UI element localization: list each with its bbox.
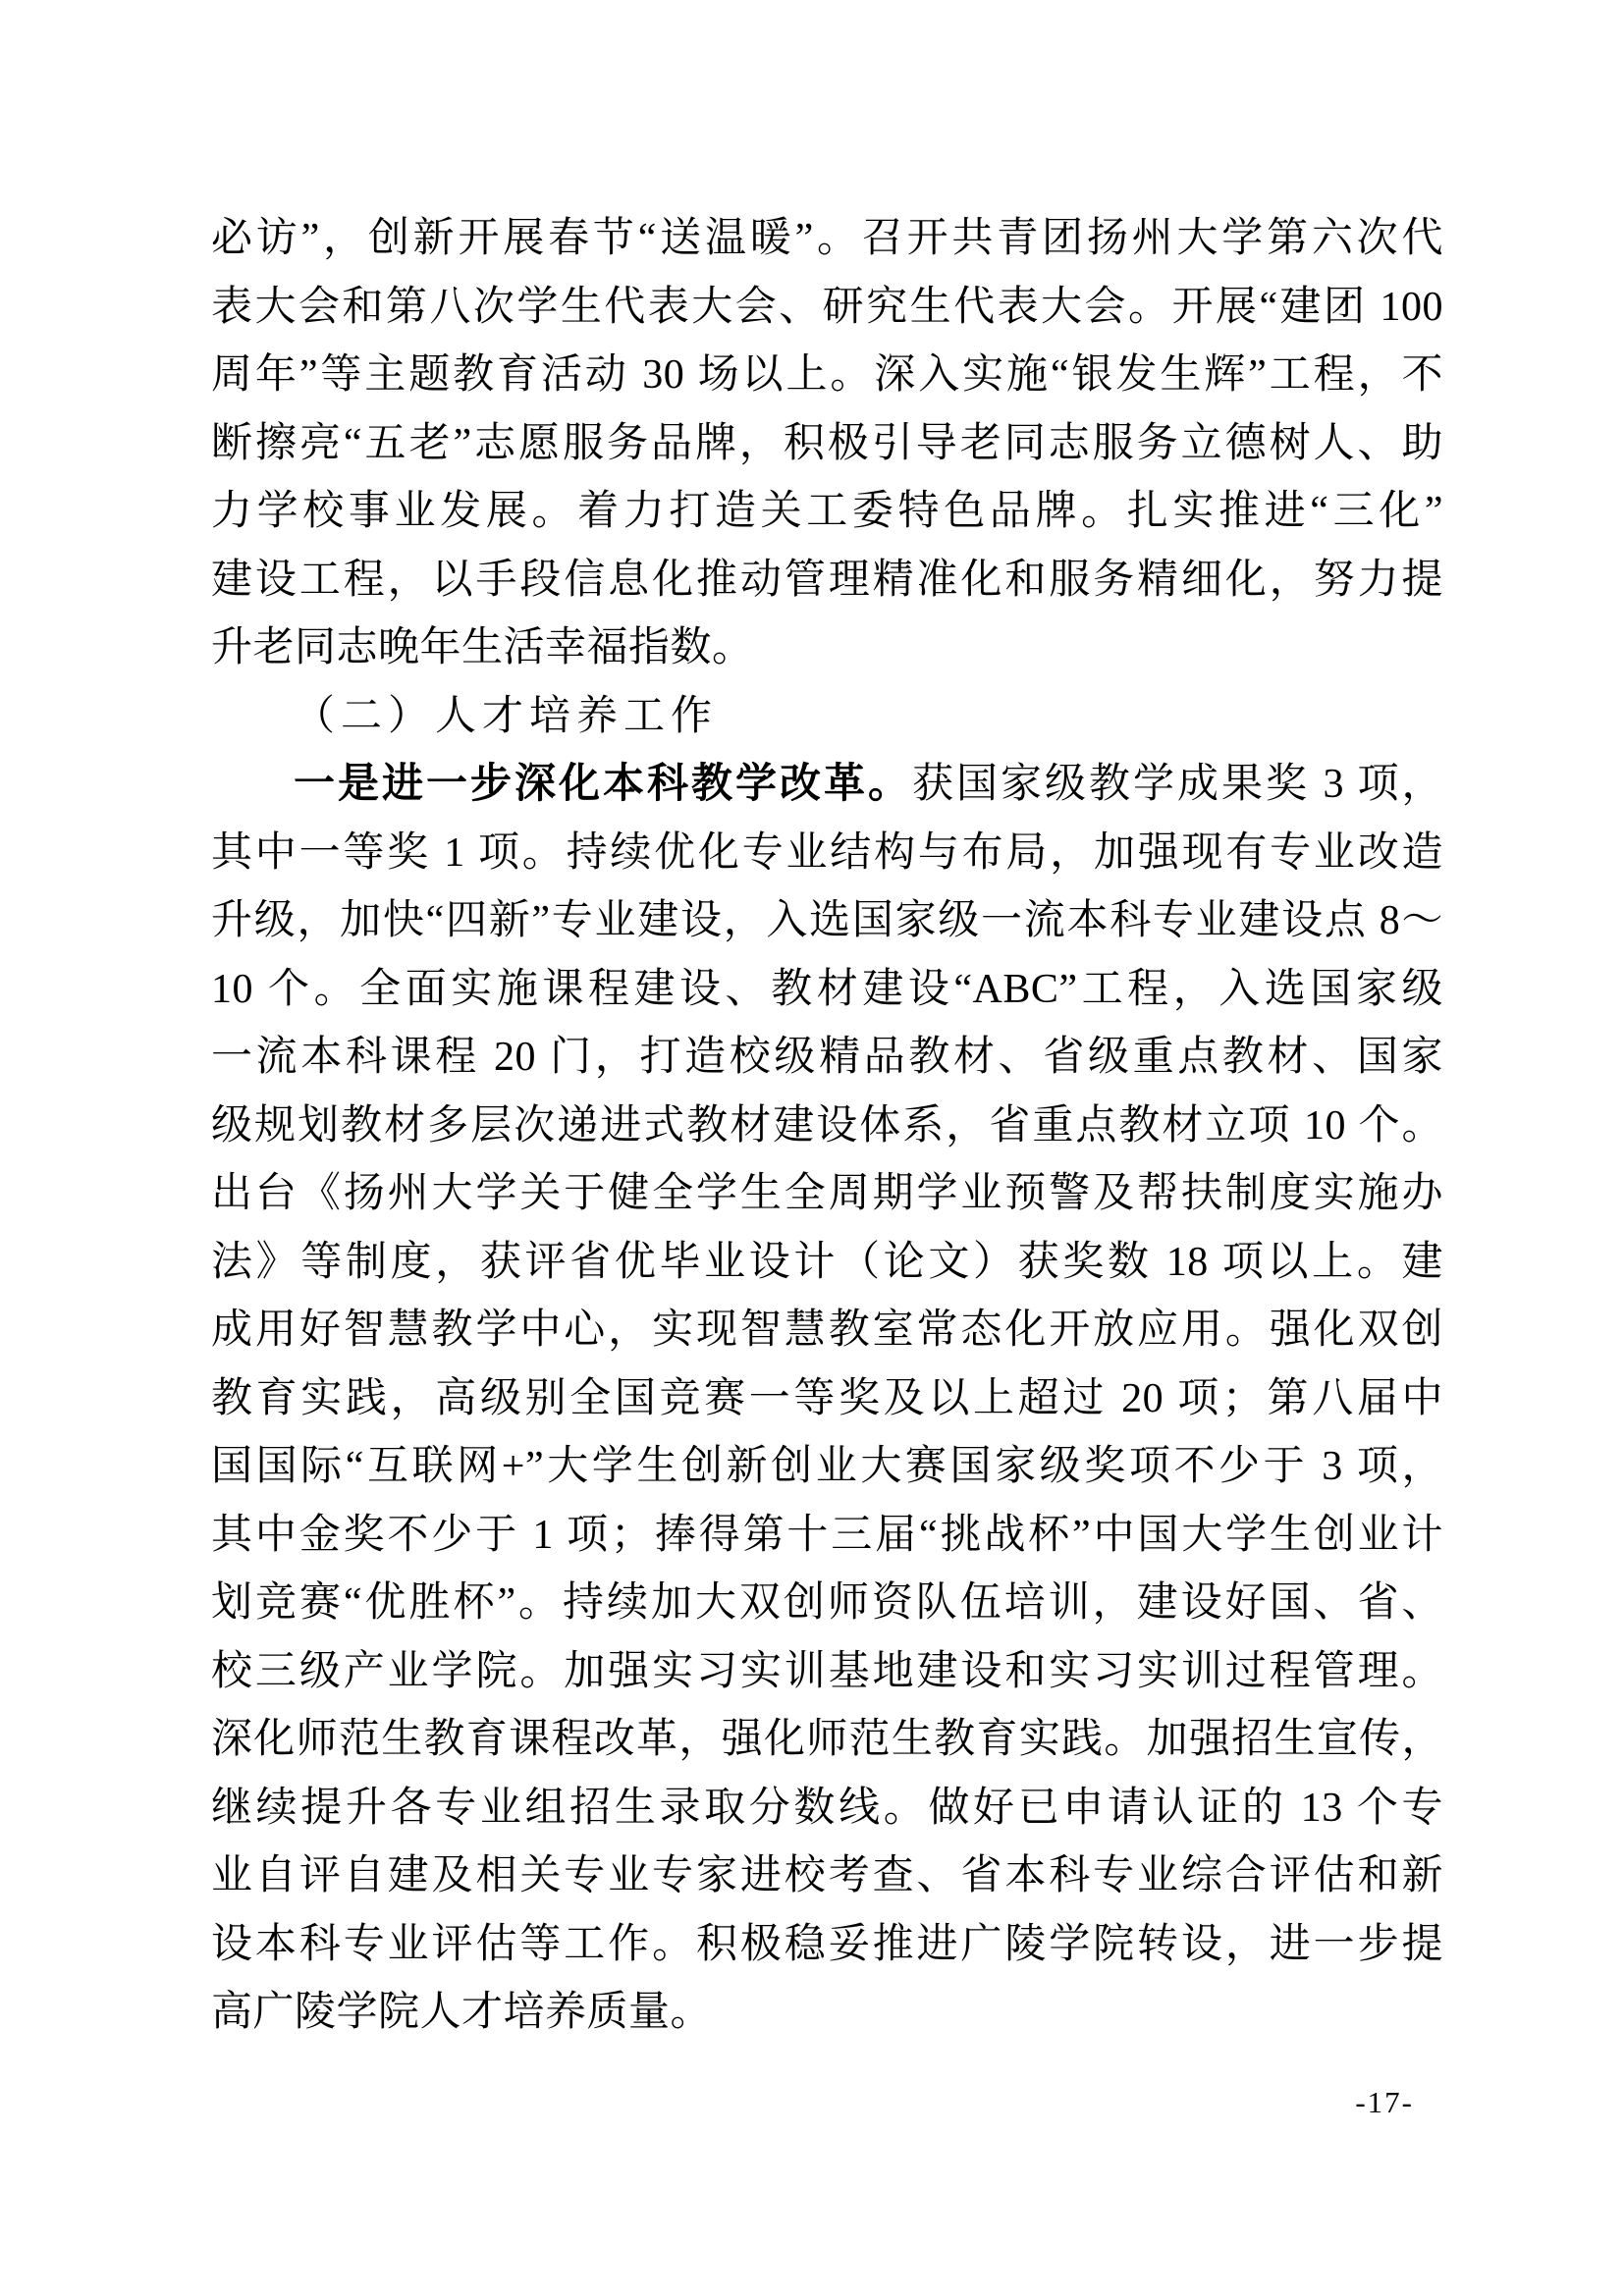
text-line: 国国际“互联网+”大学生创新创业大赛国家级奖项不少于 3 项， [211,1433,1443,1502]
text-segment: 成用好智慧教学中心，实现智慧教室常态化开放应用。强化双创 [211,1308,1443,1353]
page-number: -17- [1355,2083,1414,2122]
text-line: 法》等制度，获评省优毕业设计（论文）获奖数 18 项以上。建 [211,1229,1443,1298]
text-segment: 教育实践，高级别全国竞赛一等奖及以上超过 20 项；第八届中 [211,1376,1443,1421]
text-line: 建设工程，以手段信息化推动管理精准化和服务精细化，努力提 [211,547,1443,615]
text-line: 一是进一步深化本科教学改革。获国家级教学成果奖 3 项， [211,751,1443,820]
text-segment: 升级，加快“四新”专业建设，入选国家级一流本科专业建设点 8～ [211,898,1443,943]
text-line: 升老同志晚年生活幸福指数。 [211,614,1443,683]
text-line: 继续提升各专业组招生录取分数线。做好已申请认证的 13 个专 [211,1775,1443,1843]
text-segment: 法》等制度，获评省优毕业设计（论文）获奖数 18 项以上。建 [211,1240,1443,1285]
text-segment: 业自评自建及相关专业专家进校考查、省本科专业综合评估和新 [211,1853,1443,1898]
text-line: 表大会和第八次学生代表大会、研究生代表大会。开展“建团 100 [211,274,1443,343]
text-line: 一流本科课程 20 门，打造校级精品教材、省级重点教材、国家 [211,1024,1443,1093]
text-segment: 划竞赛“优胜杯”。持续加大双创师资队伍培训，建设好国、省、 [211,1580,1443,1626]
text-segment: 表大会和第八次学生代表大会、研究生代表大会。开展“建团 100 [211,285,1443,330]
text-segment: 其中一等奖 1 项。持续优化专业结构与布局，加强现有专业改造 [211,830,1443,876]
text-line: 深化师范生教育课程改革，强化师范生教育实践。加强招生宣传， [211,1706,1443,1775]
text-segment: 国国际“互联网+”大学生创新创业大赛国家级奖项不少于 3 项， [211,1444,1443,1489]
text-segment: 升老同志晚年生活幸福指数。 [211,625,754,670]
text-segment: 其中金奖不少于 1 项；捧得第十三届“挑战杯”中国大学生创业计 [211,1513,1443,1558]
text-segment: 建设工程，以手段信息化推动管理精准化和服务精细化，努力提 [211,558,1443,603]
text-line: 高广陵学院人才培养质量。 [211,1979,1443,2048]
text-line: 级规划教材多层次递进式教材建设体系，省重点教材立项 10 个。 [211,1093,1443,1161]
text-segment: 必访”，创新开展春节“送温暖”。召开共青团扬州大学第六次代 [211,216,1443,261]
section-heading: （二）人才培养工作 [211,683,1443,752]
text-line: 10 个。全面实施课程建设、教材建设“ABC”工程，入选国家级 [211,956,1443,1025]
text-segment: 级规划教材多层次递进式教材建设体系，省重点教材立项 10 个。 [211,1103,1443,1148]
text-line: 出台《扬州大学关于健全学生全周期学业预警及帮扶制度实施办 [211,1160,1443,1229]
bold-lead-phrase: 一是进一步深化本科教学改革。 [294,762,912,807]
text-segment: 校三级产业学院。加强实习实训基地建设和实习实训过程管理。 [211,1649,1443,1694]
text-line: 设本科专业评估等工作。积极稳妥推进广陵学院转设，进一步提 [211,1911,1443,1980]
text-segment: （二）人才培养工作 [294,694,718,739]
text-line: 业自评自建及相关专业专家进校考查、省本科专业综合评估和新 [211,1842,1443,1911]
text-line: 断擦亮“五老”志愿服务品牌，积极引导老同志服务立德树人、助 [211,410,1443,479]
text-line: 其中一等奖 1 项。持续优化专业结构与布局，加强现有专业改造 [211,820,1443,888]
text-line: 划竞赛“优胜杯”。持续加大双创师资队伍培训，建设好国、省、 [211,1570,1443,1638]
text-line: 必访”，创新开展春节“送温暖”。召开共青团扬州大学第六次代 [211,205,1443,274]
text-line: 教育实践，高级别全国竞赛一等奖及以上超过 20 项；第八届中 [211,1365,1443,1434]
document-body: 必访”，创新开展春节“送温暖”。召开共青团扬州大学第六次代表大会和第八次学生代表… [211,205,1443,2048]
text-segment: 断擦亮“五老”志愿服务品牌，积极引导老同志服务立德树人、助 [211,421,1443,466]
text-segment: 继续提升各专业组招生录取分数线。做好已申请认证的 13 个专 [211,1786,1443,1831]
text-line: 升级，加快“四新”专业建设，入选国家级一流本科专业建设点 8～ [211,887,1443,956]
document-page: 必访”，创新开展春节“送温暖”。召开共青团扬州大学第六次代表大会和第八次学生代表… [0,0,1624,2296]
text-segment: 出台《扬州大学关于健全学生全周期学业预警及帮扶制度实施办 [211,1171,1443,1216]
text-segment: 高广陵学院人才培养质量。 [211,1990,712,2035]
text-segment: 力学校事业发展。着力打造关工委特色品牌。扎实推进“三化” [211,489,1443,534]
text-segment: 深化师范生教育课程改革，强化师范生教育实践。加强招生宣传， [211,1717,1443,1762]
text-segment: 设本科专业评估等工作。积极稳妥推进广陵学院转设，进一步提 [211,1922,1443,1967]
text-line: 成用好智慧教学中心，实现智慧教室常态化开放应用。强化双创 [211,1297,1443,1365]
text-line: 校三级产业学院。加强实习实训基地建设和实习实训过程管理。 [211,1638,1443,1707]
text-line: 其中金奖不少于 1 项；捧得第十三届“挑战杯”中国大学生创业计 [211,1502,1443,1571]
text-segment: 10 个。全面实施课程建设、教材建设“ABC”工程，入选国家级 [211,967,1443,1012]
text-segment: 一流本科课程 20 门，打造校级精品教材、省级重点教材、国家 [211,1035,1443,1080]
text-line: 周年”等主题教育活动 30 场以上。深入实施“银发生辉”工程，不 [211,342,1443,410]
text-segment: 周年”等主题教育活动 30 场以上。深入实施“银发生辉”工程，不 [211,352,1443,398]
text-line: 力学校事业发展。着力打造关工委特色品牌。扎实推进“三化” [211,478,1443,547]
text-segment: 获国家级教学成果奖 3 项， [912,762,1443,807]
